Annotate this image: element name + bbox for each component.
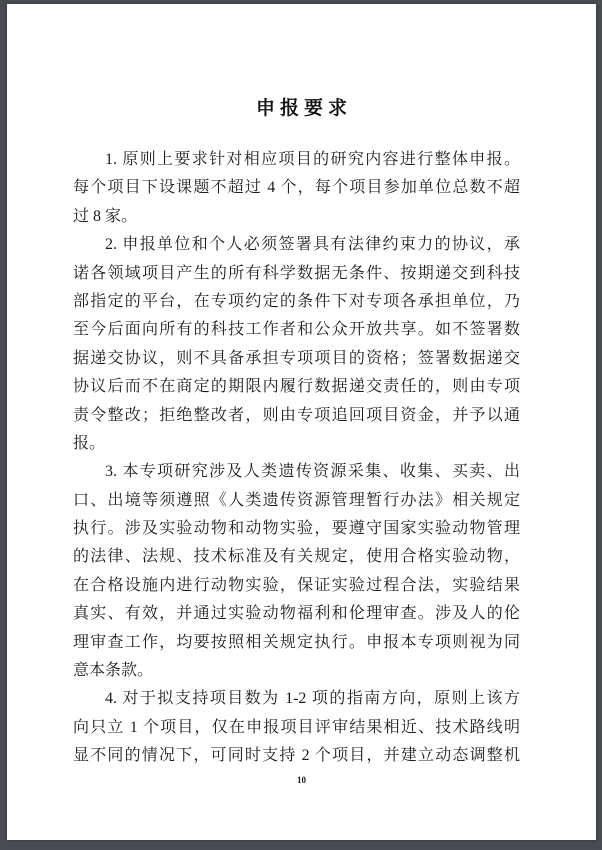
text-line: 4. 对于拟支持项目数为 1-2 项的指南方向，原则上该方 (73, 685, 520, 713)
text-line: 2. 申报单位和个人必须签署具有法律约束力的协议，承 (73, 231, 520, 259)
page-number: 10 (7, 774, 596, 786)
paragraph-4: 4. 对于拟支持项目数为 1-2 项的指南方向，原则上该方 向只立 1 个项目，… (73, 685, 520, 770)
text-line: 显不同的情况下，可同时支持 2 个项目，并建立动态调整机 (73, 742, 520, 770)
document-viewer: 申报要求 1. 原则上要求针对相应项目的研究内容进行整体申报。 每个项目下设课题… (0, 0, 602, 850)
text-line: 至今后面向所有的科技工作者和公众开放共享。如不签署数 (73, 316, 520, 344)
text-line: 口、出境等须遵照《人类遗传资源管理暂行办法》相关规定 (73, 487, 520, 515)
text-line: 1. 原则上要求针对相应项目的研究内容进行整体申报。 (73, 146, 520, 174)
document-page: 申报要求 1. 原则上要求针对相应项目的研究内容进行整体申报。 每个项目下设课题… (7, 4, 596, 840)
text-line: 意本条款。 (73, 657, 520, 685)
document-body: 1. 原则上要求针对相应项目的研究内容进行整体申报。 每个项目下设课题不超过 4… (73, 146, 520, 771)
text-line: 执行。涉及实验动物和动物实验，要遵守国家实验动物管理 (73, 515, 520, 543)
text-line: 3. 本专项研究涉及人类遗传资源采集、收集、买卖、出 (73, 458, 520, 486)
text-line: 真实、有效，并通过实验动物福利和伦理审查。涉及人的伦 (73, 600, 520, 628)
text-line: 过 8 家。 (73, 203, 520, 231)
text-line: 向只立 1 个项目，仅在申报项目评审结果相近、技术路线明 (73, 714, 520, 742)
paragraph-2: 2. 申报单位和个人必须签署具有法律约束力的协议，承 诺各领域项目产生的所有科学… (73, 231, 520, 458)
paragraph-1: 1. 原则上要求针对相应项目的研究内容进行整体申报。 每个项目下设课题不超过 4… (73, 146, 520, 231)
text-line: 每个项目下设课题不超过 4 个，每个项目参加单位总数不超 (73, 174, 520, 202)
text-line: 据递交协议，则不具备承担专项项目的资格；签署数据递交 (73, 345, 520, 373)
text-line: 责令整改；拒绝整改者，则由专项追回项目资金，并予以通 (73, 402, 520, 430)
paragraph-3: 3. 本专项研究涉及人类遗传资源采集、收集、买卖、出 口、出境等须遵照《人类遗传… (73, 458, 520, 685)
text-line: 报。 (73, 430, 520, 458)
text-line: 在合格设施内进行动物实验，保证实验过程合法，实验结果 (73, 572, 520, 600)
text-line: 部指定的平台，在专项约定的条件下对专项各承担单位，乃 (73, 288, 520, 316)
text-line: 协议后而不在商定的期限内履行数据递交责任的，则由专项 (73, 373, 520, 401)
text-line: 理审查工作，均要按照相关规定执行。申报本专项则视为同 (73, 629, 520, 657)
text-line: 诺各领域项目产生的所有科学数据无条件、按期递交到科技 (73, 260, 520, 288)
text-line: 的法律、法规、技术标准及有关规定，使用合格实验动物， (73, 543, 520, 571)
document-title: 申报要求 (7, 96, 596, 122)
